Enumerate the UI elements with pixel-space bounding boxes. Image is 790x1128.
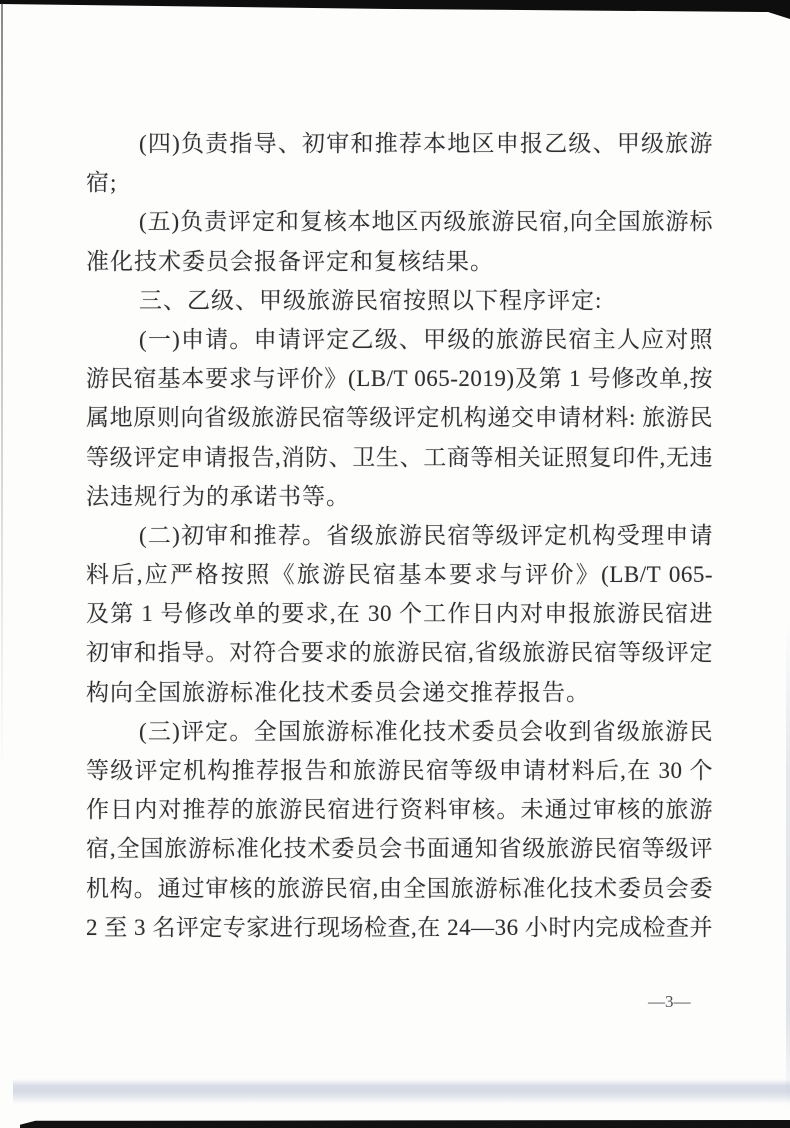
document-body: (四)负责指导、初审和推荐本地区申报乙级、甲级旅游民 宿; (五)负责评定和复核…: [86, 124, 713, 947]
document-line: 法违规行为的承诺书等。: [86, 477, 713, 516]
document-line: 游民宿基本要求与评价》(LB/T 065-2019)及第 1 号修改单,按: [86, 359, 713, 398]
document-line: 料后,应严格按照《旅游民宿基本要求与评价》(LB/T 065-2019): [86, 555, 713, 594]
scanned-document-page: (四)负责指导、初审和推荐本地区申报乙级、甲级旅游民 宿; (五)负责评定和复核…: [0, 0, 790, 1128]
document-line: 属地原则向省级旅游民宿等级评定机构递交申请材料: 旅游民宿: [86, 398, 713, 437]
page-number: —3—: [648, 992, 718, 1012]
document-line: 作日内对推荐的旅游民宿进行资料审核。未通过审核的旅游民: [86, 790, 713, 829]
scan-edge-bottom: [20, 1120, 790, 1128]
document-line: 三、乙级、甲级旅游民宿按照以下程序评定:: [86, 281, 713, 320]
scan-edge-top: [0, 0, 790, 20]
document-line: 宿;: [86, 163, 713, 202]
document-line: 及第 1 号修改单的要求,在 30 个工作日内对申报旅游民宿进行: [86, 594, 713, 633]
scan-edge-right: [786, 620, 790, 1110]
document-line: (三)评定。全国旅游标准化技术委员会收到省级旅游民宿: [86, 712, 713, 751]
document-line: 初审和指导。对符合要求的旅游民宿,省级旅游民宿等级评定机: [86, 633, 713, 672]
document-line: 2 至 3 名评定专家进行现场检查,在 24—36 小时内完成检查并: [86, 908, 713, 947]
document-line: (二)初审和推荐。省级旅游民宿等级评定机构受理申请材: [86, 516, 713, 555]
document-line: 等级评定机构推荐报告和旅游民宿等级申请材料后,在 30 个工: [86, 751, 713, 790]
document-line: (四)负责指导、初审和推荐本地区申报乙级、甲级旅游民: [86, 124, 713, 163]
document-line: 构向全国旅游标准化技术委员会递交推荐报告。: [86, 673, 713, 712]
scan-shadow-band: [13, 1079, 790, 1104]
document-line: 机构。通过审核的旅游民宿,由全国旅游标准化技术委员会委派: [86, 869, 713, 908]
document-line: (一)申请。申请评定乙级、甲级的旅游民宿主人应对照《旅: [86, 320, 713, 359]
document-line: 宿,全国旅游标准化技术委员会书面通知省级旅游民宿等级评定: [86, 829, 713, 868]
document-line: 等级评定申请报告,消防、卫生、工商等相关证照复印件,无违: [86, 438, 713, 477]
document-line: (五)负责评定和复核本地区丙级旅游民宿,向全国旅游标: [86, 202, 713, 241]
scan-edge-left: [1, 3, 3, 773]
document-line: 准化技术委员会报备评定和复核结果。: [86, 242, 713, 281]
